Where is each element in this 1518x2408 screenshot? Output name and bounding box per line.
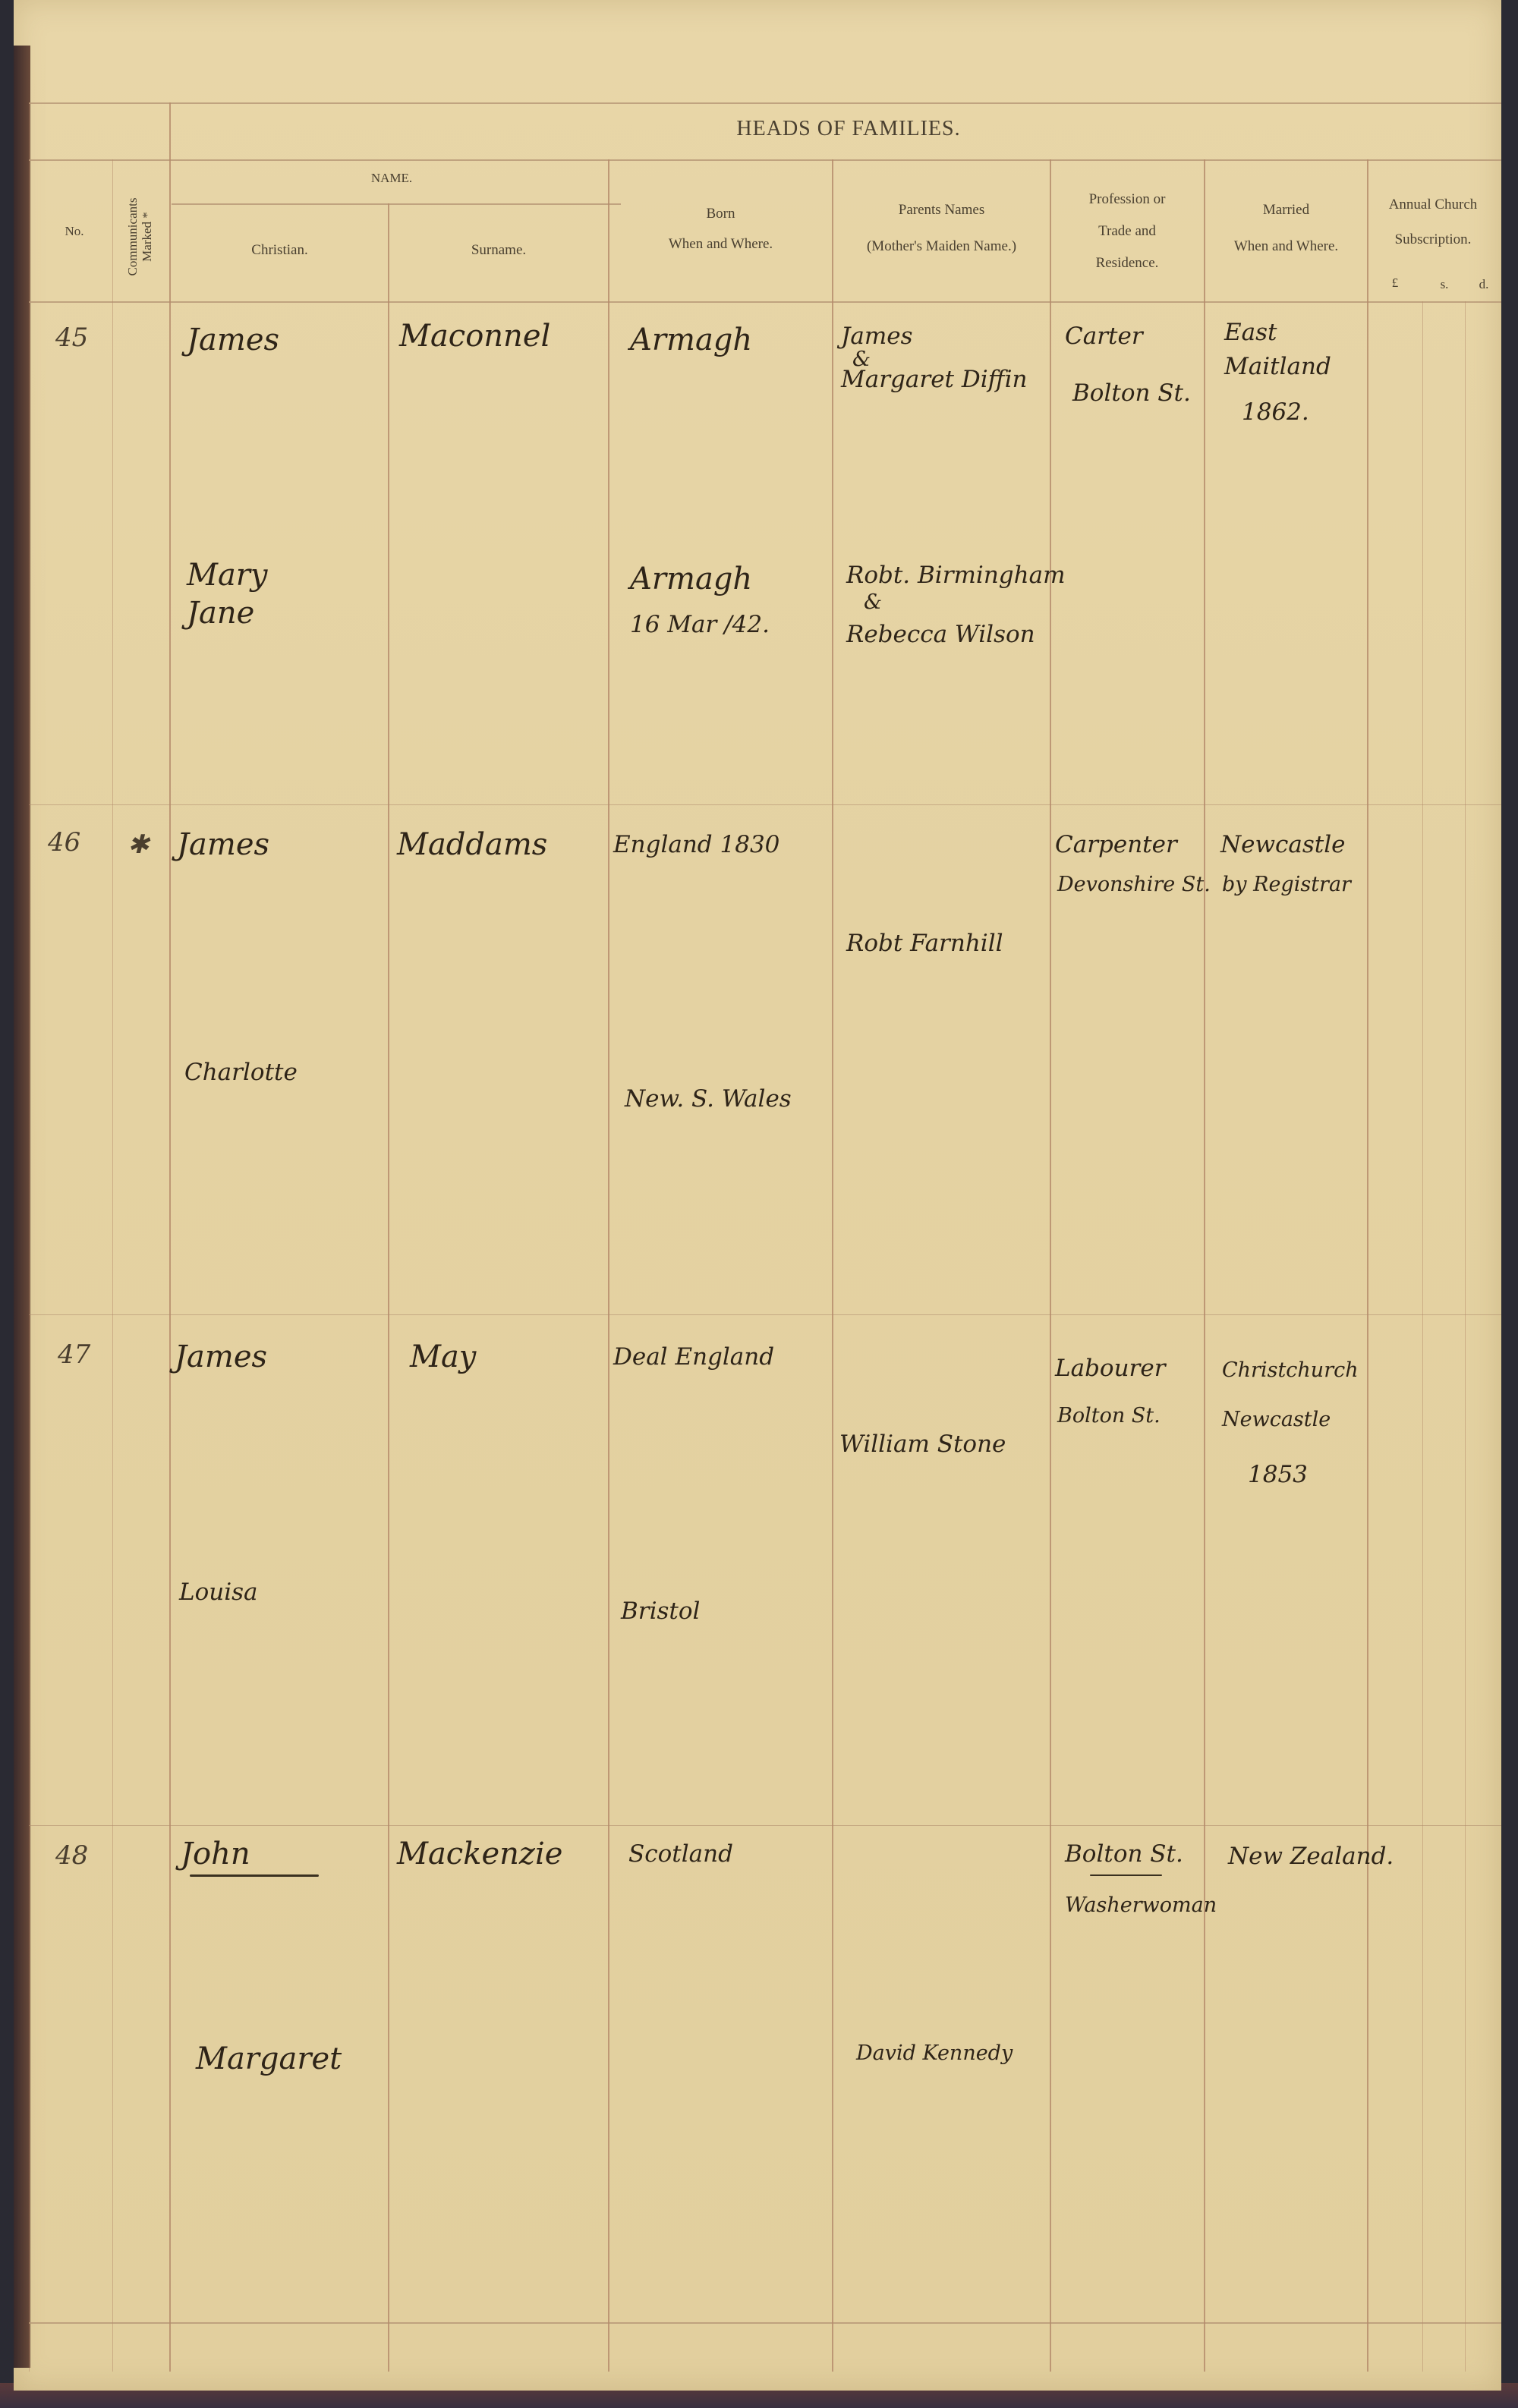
- wife-christian: Jane: [187, 596, 254, 631]
- entry-number: 45: [55, 323, 88, 353]
- residence-underline: [1090, 1874, 1162, 1876]
- husband-residence: Bolton St.: [1072, 379, 1191, 407]
- name-group-rule: [172, 203, 621, 205]
- husband-christian: James: [177, 827, 269, 862]
- husband-profession: Carpenter: [1055, 831, 1177, 858]
- wife-parents: William Stone: [839, 1431, 1006, 1458]
- col-no-right: [112, 159, 113, 2372]
- margin-line: [29, 102, 30, 2372]
- husband-surname: Maconnel: [399, 319, 550, 354]
- wife-parents-father: Robt. Birmingham: [846, 562, 1066, 589]
- col-profession-right: [1204, 159, 1205, 2372]
- wife-parents: Robt Farnhill: [846, 930, 1003, 957]
- col-christian-right: [388, 203, 389, 2372]
- husband-profession: Labourer: [1055, 1355, 1166, 1382]
- husband-residence: Bolton St.: [1065, 1840, 1183, 1868]
- married-year: 1862.: [1242, 398, 1309, 426]
- entry-number: 46: [48, 827, 80, 858]
- entry-number: 47: [58, 1339, 90, 1370]
- husband-christian: James: [175, 1339, 267, 1374]
- col-parents-right: [1050, 159, 1051, 2372]
- entry-number: 48: [55, 1840, 88, 1871]
- married-note: by Registrar: [1222, 873, 1351, 896]
- header-shillings: s.: [1433, 276, 1456, 292]
- header-bottom-rule: [29, 301, 1501, 303]
- entry-separator: [29, 804, 1501, 805]
- wife-born: Bristol: [621, 1597, 700, 1625]
- husband-surname: Maddams: [397, 827, 547, 862]
- wife-born-place: Armagh: [630, 562, 752, 596]
- col-shillings-right: [1465, 301, 1466, 2372]
- husband-profession: Carter: [1065, 323, 1143, 350]
- husband-christian: James: [187, 323, 279, 357]
- header-profession: Profession or Trade and Residence.: [1051, 184, 1203, 279]
- bottom-rule: [29, 2322, 1501, 2324]
- header-parents: Parents Names (Mother's Maiden Name.): [833, 201, 1050, 256]
- entry-separator: [29, 1825, 1501, 1826]
- title-bottom-rule: [29, 159, 1501, 161]
- husband-parents-father: James: [841, 323, 913, 350]
- wife-christian: Margaret: [196, 2041, 342, 2076]
- name-underline: [190, 1874, 319, 1877]
- husband-residence: Bolton St.: [1057, 1404, 1161, 1427]
- col-comm-right: [169, 102, 171, 2372]
- husband-born: Armagh: [630, 323, 752, 357]
- entry-separator: [29, 1314, 1501, 1315]
- wife-profession: Washerwoman: [1065, 1893, 1217, 1917]
- col-married-right: [1367, 159, 1368, 2372]
- header-name-group: NAME.: [172, 170, 612, 186]
- wife-christian: Mary: [187, 558, 268, 593]
- col-surname-right: [608, 159, 609, 2372]
- husband-residence: Devonshire St.: [1057, 873, 1211, 896]
- husband-surname: Mackenzie: [397, 1837, 562, 1871]
- wife-parents: David Kennedy: [856, 2041, 1013, 2065]
- header-pence: d.: [1472, 276, 1495, 292]
- married-place: Newcastle: [1222, 1408, 1331, 1431]
- wife-born-date: 16 Mar /42.: [630, 611, 770, 638]
- married-place: Newcastle: [1220, 831, 1345, 858]
- married-place: East: [1224, 319, 1277, 346]
- ampersand: &: [864, 590, 882, 614]
- husband-born: Scotland: [628, 1840, 733, 1868]
- header-communicants: Communicants Marked *: [126, 184, 159, 290]
- husband-christian: John: [181, 1837, 250, 1871]
- header-pounds: £: [1384, 275, 1406, 291]
- wife-parents-mother: Rebecca Wilson: [846, 621, 1035, 648]
- book-spine: [14, 46, 30, 2368]
- register-page: HEADS OF FAMILIES. No. Communicants Mark…: [14, 0, 1501, 2391]
- header-born: Born When and Where.: [609, 205, 832, 253]
- married-place: Christchurch: [1222, 1358, 1359, 1382]
- husband-surname: May: [410, 1339, 476, 1374]
- col-pounds-right: [1422, 301, 1423, 2372]
- married-year: 1853: [1248, 1461, 1308, 1488]
- communicant-mark: ✱: [128, 829, 150, 860]
- col-born-right: [832, 159, 833, 2372]
- header-christian: Christian.: [172, 241, 388, 260]
- married-place: New Zealand.: [1228, 1843, 1394, 1870]
- wife-christian: Louisa: [179, 1579, 258, 1606]
- wife-born: New. S. Wales: [625, 1085, 792, 1113]
- header-surname: Surname.: [389, 241, 608, 260]
- wife-christian: Charlotte: [184, 1059, 298, 1086]
- page-title: HEADS OF FAMILIES.: [621, 115, 1076, 142]
- header-subscription: Annual Church Subscription.: [1368, 196, 1498, 249]
- husband-born: England 1830: [613, 831, 779, 858]
- husband-born: Deal England: [613, 1343, 774, 1371]
- top-rule: [29, 102, 1501, 104]
- husband-parents-mother: Margaret Diffin: [841, 366, 1027, 393]
- header-no: No.: [44, 223, 105, 239]
- married-place: Maitland: [1224, 353, 1331, 380]
- header-married: Married When and Where.: [1205, 201, 1367, 256]
